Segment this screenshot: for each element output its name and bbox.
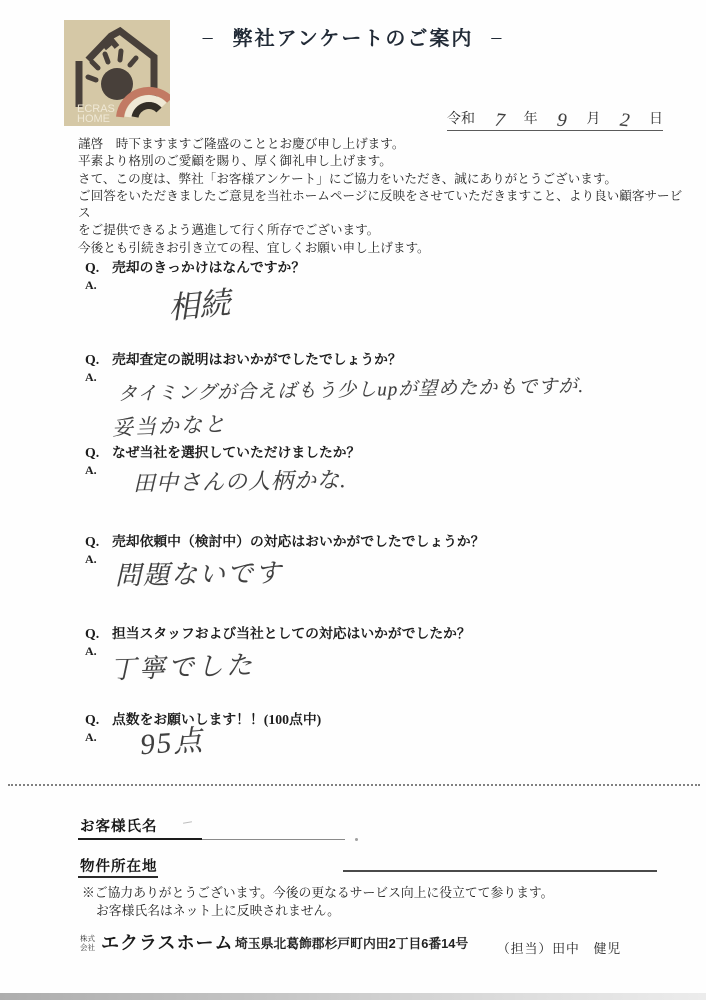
qa-block-2: Q.売却査定の説明はおいかがでしたでしょうか？ A. タイミングが合えばもう少し… [85,348,685,385]
qa-block-1: Q.売却のきっかけはなんですか？ A. 相続 [85,256,685,293]
greeting-line: さて、この度は、弊社「お客様アンケート」にご協力をいただき、誠にありがとうござい… [78,171,688,188]
scanned-survey-document: ECRAS HOME –弊社アンケートのご案内– 令和 7 年 9 月 2 日 … [0,0,706,1000]
qa-block-6: Q.点数をお願いします！！(100点中) A. 95点 [85,708,685,745]
question-label: Q. [85,626,112,642]
date-day-label: 日 [649,108,663,128]
property-location-label: 物件所在地 [80,855,158,876]
question-text: 売却依頼中（検討中）の対応はおいかがでしたでしょうか？ [112,534,485,549]
customer-name-writein-line [202,839,345,840]
company-prefix: 株式 会社 [80,935,95,952]
qa-block-5: Q.担当スタッフおよび当社としての対応はいかがでしたか？ A. 丁寧でした [85,622,685,659]
question-label: Q. [85,352,112,368]
question-text: 担当スタッフおよび当社としての対応はいかがでしたか？ [112,626,471,641]
property-location-underline [78,876,158,878]
qa-block-3: Q.なぜ当社を選択していただけましたか？ A. 田中さんの人柄かな. [85,441,685,478]
date-year-label: 年 [524,108,538,128]
property-location-writein-line [343,870,657,872]
question-label: Q. [85,534,112,550]
customer-name-label: お客様氏名 [80,815,158,836]
date-era: 令和 [447,108,475,128]
qa-block-4: Q.売却依頼中（検討中）の対応はおいかがでしたでしょうか？ A. 問題ないです [85,530,685,567]
date-month-handwritten: 9 [557,114,568,129]
customer-name-underline [78,838,202,840]
handwritten-answer: 問題ないです [115,553,284,593]
date-day-handwritten: 2 [619,114,630,129]
company-name: エクラスホーム [101,929,233,955]
greeting-line: ご回答をいただきましたご意見を当社ホームページに反映をさせていただきますこと、よ… [78,188,688,223]
question-text: 売却のきっかけはなんですか？ [112,260,305,275]
page-title: –弊社アンケートのご案内– [0,22,706,51]
handwritten-answer: 95点 [139,718,206,763]
company-prefix-line2: 会社 [80,944,95,953]
company-contact-person: （担当）田中 健児 [497,938,621,957]
footer-note-line: お客様氏名はネット上に反映されません。 [82,902,553,920]
handwritten-answer: 相続 [166,277,232,327]
footer-notes: ※ご協力ありがとうございます。今後の更なるサービス向上に役立てて参ります。 お客… [82,884,553,920]
question-label: Q. [85,712,112,728]
question-text: なぜ当社を選択していただけましたか？ [112,445,360,460]
title-dash-right: – [491,26,503,49]
question-label: Q. [85,260,112,276]
dotted-separator [8,784,700,786]
handwritten-answer-line2: 妥当かなと [112,408,228,442]
handwritten-answer: 丁寧でした [109,644,255,686]
company-address: 埼玉県北葛飾郡杉戸町内田2丁目6番14号 [235,933,468,952]
date-month-label: 月 [586,108,600,128]
pen-dot-artifact [355,838,358,841]
greeting-line: 謹啓 時下ますますご隆盛のこととお慶び申し上げます。 [78,136,688,153]
date-line: 令和 7 年 9 月 2 日 [447,102,663,131]
handwritten-answer: 田中さんの人柄かな. [133,463,347,498]
logo-wordmark-line2: HOME [77,113,110,125]
question-text: 売却査定の説明はおいかがでしたでしょうか？ [112,352,402,367]
date-year-handwritten: 7 [494,114,505,129]
footer-note-line: ※ご協力ありがとうございます。今後の更なるサービス向上に役立てて参ります。 [82,884,553,902]
title-dash-left: – [203,26,215,49]
greeting-line: 平素より格別のご愛顧を賜り、厚く御礼申し上げます。 [78,153,688,170]
greeting-paragraph: 謹啓 時下ますますご隆盛のこととお慶び申し上げます。 平素より格別のご愛顧を賜り… [78,136,688,257]
title-text: 弊社アンケートのご案内 [233,28,474,50]
greeting-line: をご提供できるよう邁進して行く所存でございます。 [78,222,688,239]
scan-edge-artifact [0,993,706,1000]
greeting-line: 今後とも引続きお引き立ての程、宜しくお願い申し上げます。 [78,240,688,257]
question-label: Q. [85,445,112,461]
redacted-name-mark [183,821,192,824]
